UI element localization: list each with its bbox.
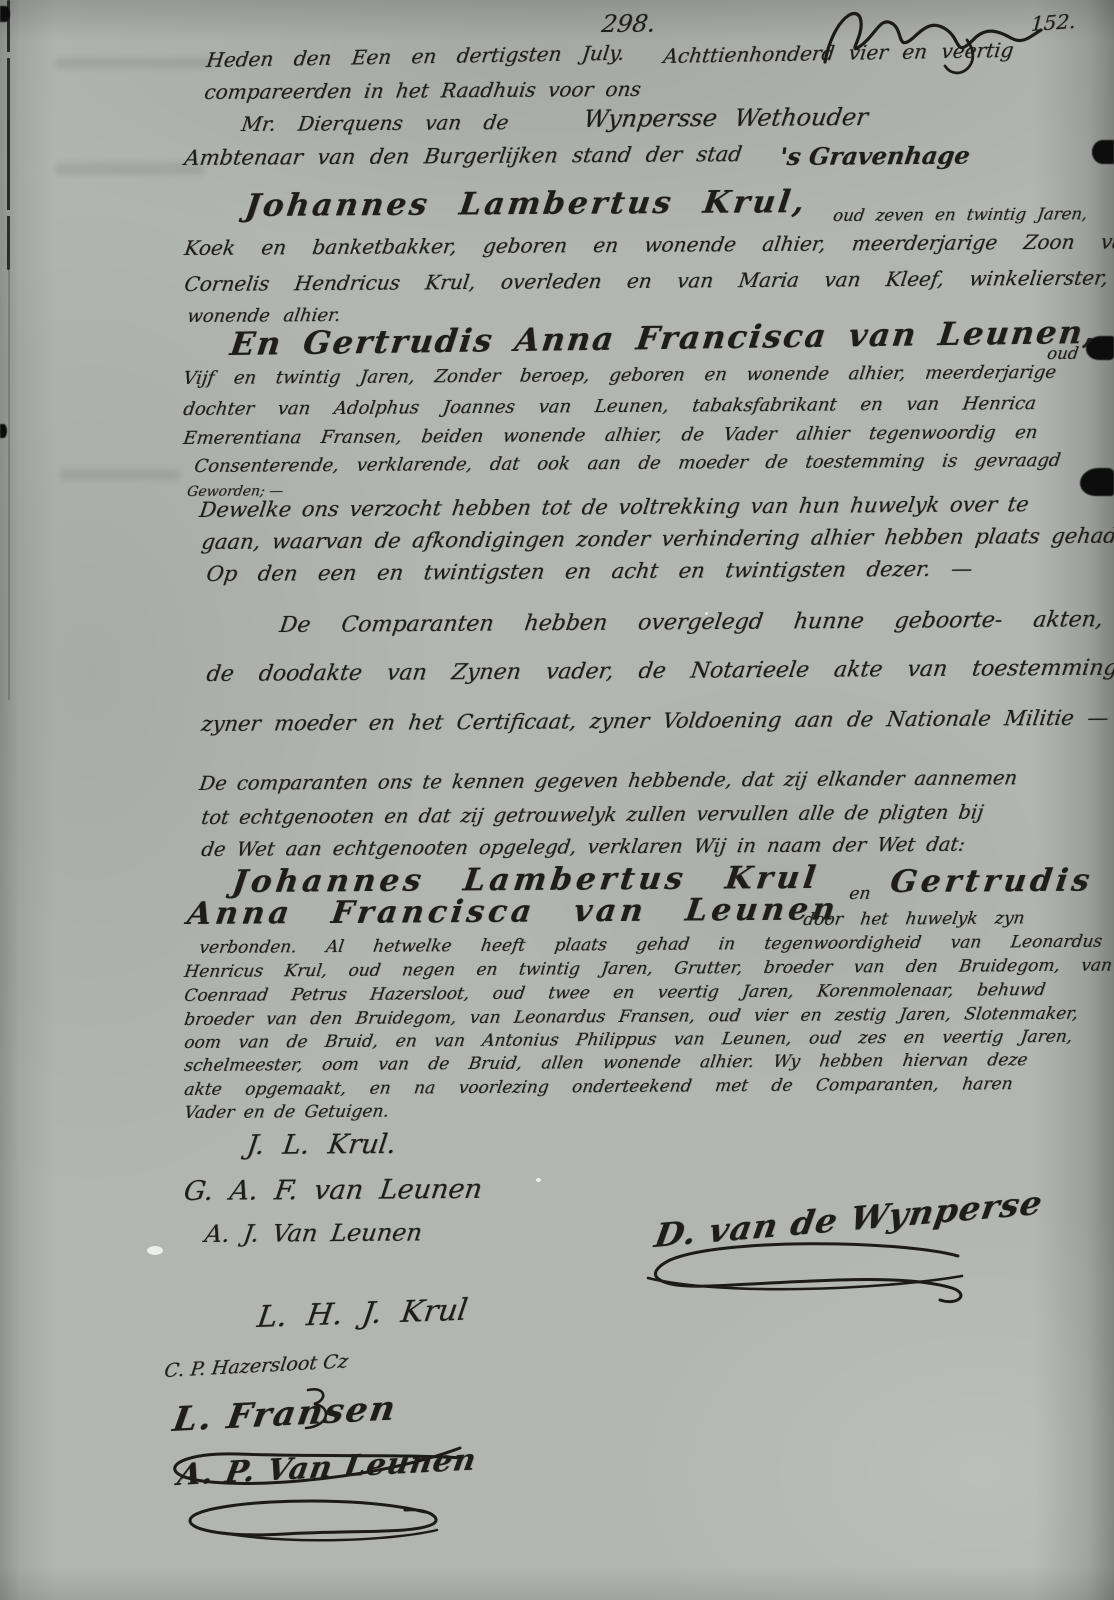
act-line: Coenraad Petrus Hazersloot, oud twee en … xyxy=(183,980,1047,1006)
ink-blotch xyxy=(1080,468,1114,496)
bride-name-vow-2: Anna Francisca van Leunen xyxy=(185,891,841,932)
act-line: Koek en banketbakker, geboren en wonende… xyxy=(183,229,1114,260)
act-line: Consenterende, verklarende, dat ook aan … xyxy=(193,450,1062,477)
act-line: zyner moeder en het Certificaat, zyner V… xyxy=(200,706,1110,736)
registrar-name: Mr. Dierquens van de xyxy=(240,110,510,136)
signature-witness-krul: L. H. J. Krul xyxy=(255,1293,470,1335)
act-line: de Wet aan echtgenooten opgelegd, verkla… xyxy=(200,833,966,861)
act-line: Ambtenaar van den Burgerlijken stand der… xyxy=(183,142,743,170)
groom-name: Johannes Lambertus Krul, xyxy=(243,184,809,224)
paper-speck xyxy=(536,1178,541,1182)
act-line: broeder van den Bruidegom, van Leonardus… xyxy=(183,1004,1079,1030)
act-line: oom van de Bruid, en van Antonius Philip… xyxy=(183,1027,1074,1053)
signature-groom: J. L. Krul. xyxy=(245,1129,398,1161)
act-line: compareerden in het Raadhuis voor ons xyxy=(203,77,642,104)
act-line: oud zeven en twintig Jaren, xyxy=(832,204,1089,225)
bride-name-vow: Gertrudis xyxy=(888,863,1096,900)
act-line: Op den een en twintigsten en acht en twi… xyxy=(205,557,974,586)
signature-bride: G. A. F. van Leunen xyxy=(182,1174,484,1207)
act-line: De comparanten ons te kennen gegeven heb… xyxy=(198,766,1019,795)
act-line: gaan, waarvan de afkondigingen zonder ve… xyxy=(200,524,1114,554)
document-page: 298. 152. Heden den Een en dertigsten Ju… xyxy=(0,0,1114,1600)
act-line: Emerentiana Fransen, beiden wonende alhi… xyxy=(182,422,1039,449)
act-line: door het huwelyk zyn xyxy=(802,908,1026,930)
paper-speck xyxy=(147,1246,163,1255)
act-line: Vijf en twintig Jaren, Zonder beroep, ge… xyxy=(182,362,1057,389)
act-line: Cornelis Hendricus Krul, overleden en va… xyxy=(183,266,1110,296)
signature-witness-fransen: L. Fransen xyxy=(170,1388,400,1440)
act-line: verbonden. Al hetwelke heeft plaats geha… xyxy=(198,932,1103,958)
bride-name: En Gertrudis Anna Francisca van Leunen, xyxy=(228,313,1100,363)
signature-witness-hazersloot: C. P. Hazersloot Cz xyxy=(163,1350,349,1382)
ink-blotch xyxy=(0,424,7,438)
act-number: 298. xyxy=(600,10,657,38)
act-line: akte opgemaakt, en na voorlezing onderte… xyxy=(183,1074,1014,1100)
ink-blotch xyxy=(1092,140,1114,164)
act-line: oud xyxy=(1046,344,1080,363)
registrar-title: Wynpersse Wethouder xyxy=(582,103,870,133)
act-line: De Comparanten hebben overgelegd hunne g… xyxy=(278,607,1104,638)
signature-father: A. J. Van Leunen xyxy=(203,1218,424,1248)
act-line: schelmeester, oom van de Bruid, allen wo… xyxy=(183,1050,1029,1076)
act-line: dochter van Adolphus Joannes van Leunen,… xyxy=(182,393,1037,420)
signature-van-leunen-flourish xyxy=(175,1498,445,1548)
act-line: de doodakte van Zynen vader, de Notariee… xyxy=(205,656,1114,687)
binding-crease xyxy=(7,0,10,270)
bleedthrough-streak xyxy=(55,58,215,68)
act-line: Heden den Een en dertigsten July. xyxy=(205,41,626,72)
bleedthrough-streak xyxy=(60,470,180,480)
binding-crease-faint xyxy=(8,270,10,700)
act-line: Henricus Krul, oud negen en twintig Jare… xyxy=(183,956,1113,982)
act-line: en xyxy=(848,884,872,904)
act-line: tot echtgenooten en dat zij getrouwelyk … xyxy=(200,801,985,829)
city-name: 's Gravenhage xyxy=(778,141,972,171)
act-line: Dewelke ons verzocht hebben tot de voltr… xyxy=(198,492,1030,522)
signature-registrar-flourish xyxy=(640,1238,970,1318)
ink-blotch xyxy=(0,6,10,22)
act-line: Vader en de Getuigen. xyxy=(183,1102,390,1123)
